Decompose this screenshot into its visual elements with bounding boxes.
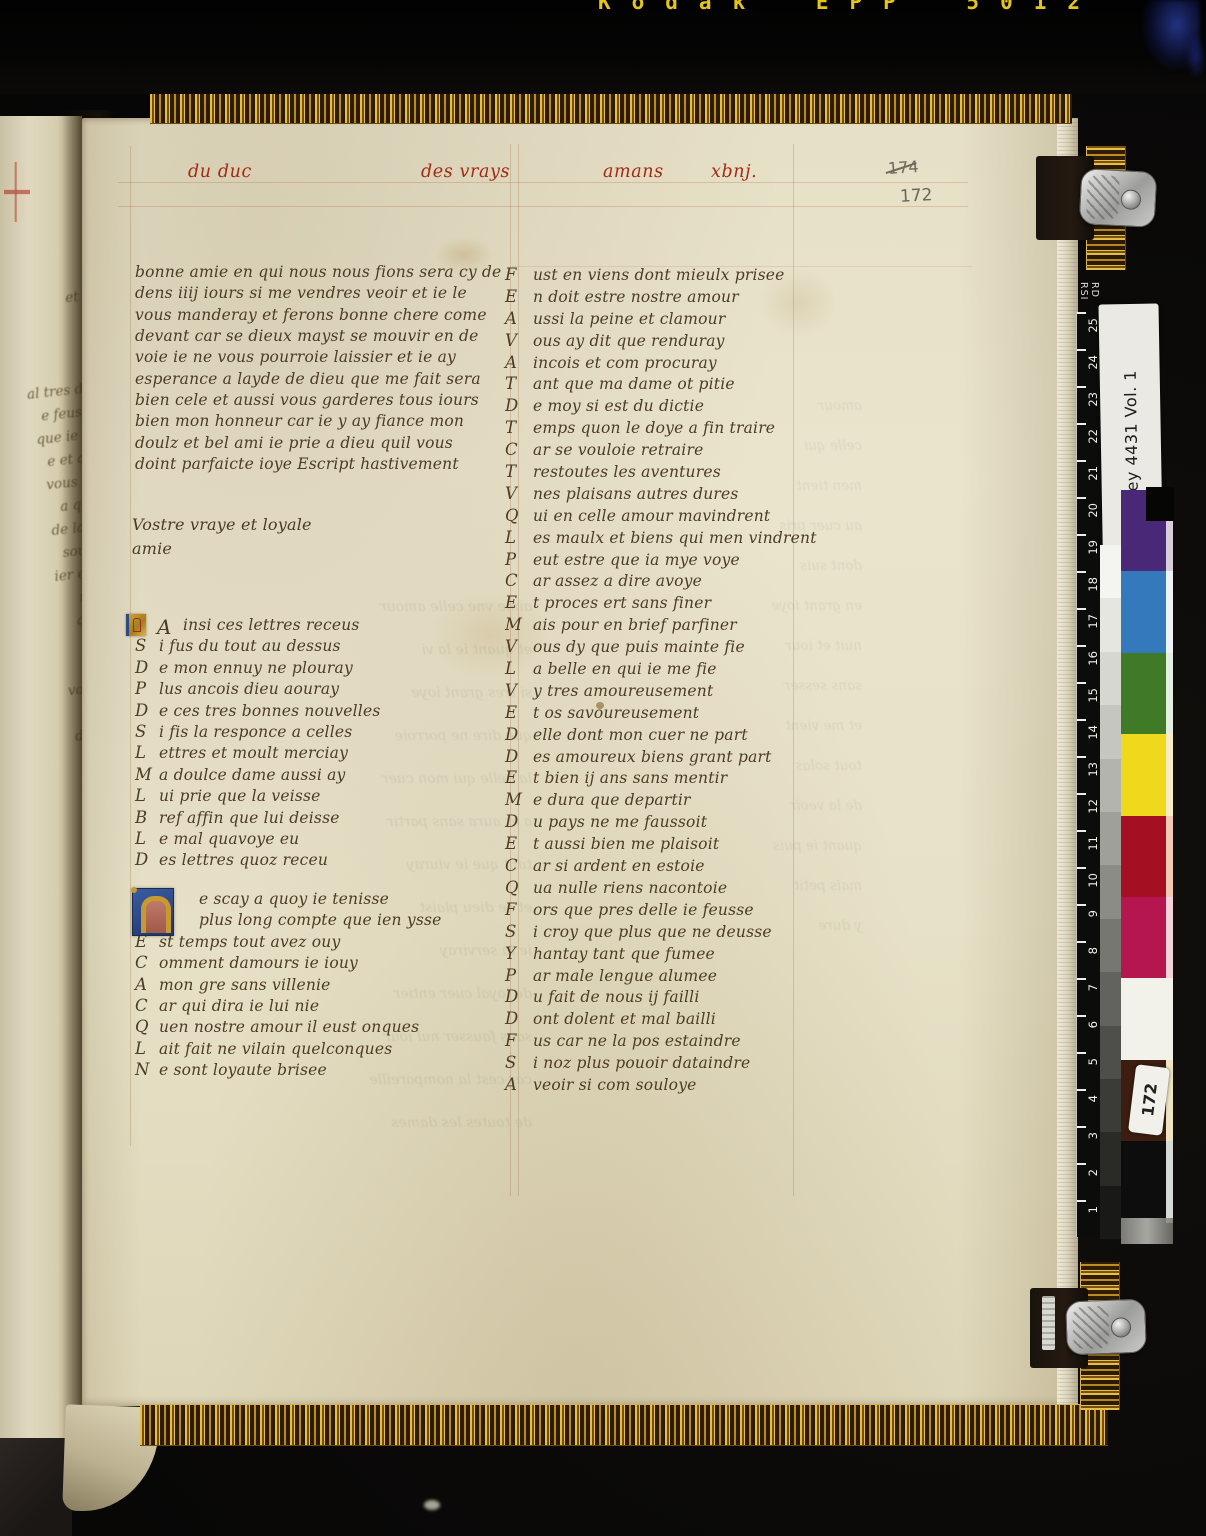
verse-initial: Q	[505, 506, 519, 525]
ruler-number: 11	[1086, 836, 1100, 851]
verse-initial: A	[505, 309, 517, 328]
ruler-number: 22	[1086, 429, 1100, 444]
running-title-amans: amans	[603, 162, 664, 182]
verse-initial: S	[135, 636, 147, 655]
verse-initial: C	[505, 440, 518, 459]
verse-text: ar si ardent en estoie	[533, 857, 705, 875]
verse-line: Me dura que departir	[505, 791, 855, 813]
verse-initial: F	[505, 900, 517, 919]
verse-text: omment damours ie iouy	[159, 954, 358, 972]
verse-text: ant que ma dame ot pitie	[533, 375, 735, 393]
verse-line: Tant que ma dame ot pitie	[505, 375, 855, 397]
patch-edge-tint	[1166, 978, 1173, 1059]
ruler-number: 19	[1086, 540, 1100, 555]
gray-step	[1100, 865, 1122, 918]
verse-initial: D	[505, 812, 518, 831]
verse-initial: D	[505, 725, 518, 744]
verse-initial: L	[135, 829, 146, 848]
verse-initial: D	[505, 1009, 518, 1028]
verse-initial: D	[135, 658, 148, 677]
patch-swatch	[1121, 897, 1166, 978]
verse-line: Ainsi ces lettres receus	[135, 616, 495, 637]
verse-initial: C	[135, 953, 148, 972]
verse-initial: S	[505, 1053, 517, 1072]
strap-shadow-notch	[1146, 487, 1174, 521]
manuscript-page: du duc des vrays amans xbnj. 174 172 aim…	[82, 118, 1077, 1406]
verse-text: i croy que plus que ne deusse	[533, 923, 772, 941]
color-patch	[1121, 653, 1173, 734]
verse-line: Vous dy que puis mainte fie	[505, 638, 855, 660]
verse-text: restoutes les aventures	[533, 463, 721, 481]
verse-line: Car assez a dire avoye	[505, 572, 855, 594]
verse-text: e dura que departir	[533, 791, 691, 809]
verse-line: Si croy que plus que ne deusse	[505, 923, 855, 945]
ruler-number: 4	[1086, 1095, 1100, 1102]
folio-sticker-text: 172	[1138, 1082, 1161, 1117]
ruler-number: 13	[1086, 762, 1100, 777]
verse-text: n doit estre nostre amour	[533, 288, 739, 306]
verse-line: Car qui dira ie lui nie	[135, 997, 495, 1018]
film-reflection-2	[1186, 34, 1206, 80]
gray-step	[1100, 705, 1122, 758]
ruler-number: 3	[1086, 1132, 1100, 1139]
verse-initial: T	[505, 418, 516, 437]
verse-line: Car si ardent en estoie	[505, 857, 855, 879]
verse-initial: C	[505, 856, 518, 875]
verse-text: a belle en qui ie me fie	[533, 660, 717, 678]
verse-line: Du fait de nous ij failli	[505, 988, 855, 1010]
verse-initial: D	[505, 396, 518, 415]
verse-initial: A	[505, 1075, 517, 1094]
color-patch	[1121, 816, 1173, 897]
verse-line: Qui en celle amour mavindrent	[505, 507, 855, 529]
verse-line: Fus car ne la pos estaindre	[505, 1032, 855, 1054]
color-patch	[1121, 734, 1173, 815]
patch-edge-tint	[1166, 897, 1173, 978]
verse-initial: V	[505, 637, 517, 656]
fore-edge-leaves	[1057, 118, 1078, 1408]
verse-line: Fust en viens dont mieulx prisee	[505, 266, 855, 288]
verse-text: i noz plus pouoir dataindre	[533, 1054, 750, 1072]
verse-initial: P	[505, 550, 516, 569]
verse-line: Si noz plus pouoir dataindre	[505, 1054, 855, 1076]
verse-text: i fus du tout au dessus	[159, 637, 341, 655]
verse-initial: F	[505, 1031, 517, 1050]
ruler-number: 14	[1086, 725, 1100, 740]
verse-text: insi ces lettres receus	[183, 616, 360, 634]
verse-text: ait fait ne vilain quelconques	[159, 1040, 392, 1058]
verse-line: Ne sont loyaute brisee	[135, 1061, 495, 1082]
verse-text: e mon ennuy ne plouray	[159, 659, 353, 677]
ruler-segment: 20	[1077, 497, 1103, 534]
prose-line: devant car se dieux mayst se mouvir en d…	[135, 327, 495, 348]
ruling-line-horizontal	[118, 206, 968, 207]
verse-line: Temps quon le doye a fin traire	[505, 419, 855, 441]
verse-text: u fait de nous ij failli	[533, 988, 700, 1006]
verse-text: incois et com procuray	[533, 354, 717, 372]
verse-text: t proces ert sans finer	[533, 594, 711, 612]
verse-line: Vous ay dit que renduray	[505, 332, 855, 354]
verse-line: Plus ancois dieu aouray	[135, 680, 495, 701]
verse-line: De ces tres bonnes nouvelles	[135, 702, 495, 723]
gray-step	[1100, 972, 1122, 1025]
ruler-segment: 22	[1077, 423, 1103, 460]
verse-initial: D	[135, 850, 148, 869]
verse-initial: L	[135, 743, 146, 762]
patch-swatch	[1121, 734, 1166, 815]
verse-block-1: Ainsi ces lettres receus Si fus du tout …	[135, 616, 495, 873]
verse-line: Et aussi bien me plaisoit	[505, 835, 855, 857]
verse-initial: S	[505, 922, 517, 941]
running-title-numeral: xbnj.	[711, 162, 757, 182]
verse-line: Peut estre que ia mye voye	[505, 551, 855, 573]
verse-text: emps quon le doye a fin traire	[533, 419, 775, 437]
verse-text: y tres amoureusement	[533, 682, 713, 700]
gray-step	[1100, 1026, 1122, 1079]
ruler-number: 17	[1086, 614, 1100, 629]
verse-line: Bref affin que lui deisse	[135, 809, 495, 830]
verse-line: plus long compte que ien ysse	[135, 911, 495, 932]
verse-initial: M	[135, 765, 152, 784]
verse-text: u pays ne me faussoit	[533, 813, 707, 831]
verse-initial: E	[505, 768, 517, 787]
metal-clasp-bottom	[1065, 1299, 1147, 1356]
verse-line: Vy tres amoureusement	[505, 682, 855, 704]
verse-initial: Q	[505, 878, 519, 897]
prose-line: voie ie ne vous pourroie laissier et ie …	[135, 348, 495, 369]
verse-initial: M	[505, 790, 522, 809]
gilt-edge-bottom	[140, 1404, 1108, 1446]
verse-line: Quen nostre amour il eust onques	[135, 1018, 495, 1039]
patch-swatch	[1121, 571, 1166, 652]
patch-swatch	[1121, 816, 1166, 897]
color-patch	[1121, 978, 1173, 1059]
verse-text: ous dy que puis mainte fie	[533, 638, 745, 656]
verse-line: Yhantay tant que fumee	[505, 945, 855, 967]
color-patch	[1121, 897, 1173, 978]
verse-text: es maulx et biens qui men vindrent	[533, 529, 817, 547]
ruler-number: 20	[1086, 503, 1100, 518]
running-title-du-duc: du duc	[188, 162, 252, 182]
verse-initial: E	[505, 834, 517, 853]
ruler-number: 6	[1086, 1021, 1100, 1028]
prose-line: bonne amie en qui nous nous fions sera c…	[135, 263, 495, 284]
verse-text: e sont loyaute brisee	[159, 1061, 327, 1079]
color-patch	[1121, 571, 1173, 652]
verse-initial: Q	[135, 1017, 149, 1036]
film-stock-label: Kodak EPP 5012	[598, 0, 1101, 14]
verse-text: ettres et moult merciay	[159, 744, 348, 762]
folio-number: 172	[899, 185, 932, 207]
prose-line: doint parfaicte ioye Escript hastivement	[135, 455, 495, 476]
verse-initial: M	[505, 615, 522, 634]
gray-step	[1100, 919, 1122, 972]
verse-text: ors que pres delle ie feusse	[533, 901, 754, 919]
verse-line: Trestoutes les aventures	[505, 463, 855, 485]
illuminated-initial-N	[132, 888, 174, 936]
verse-initial: F	[505, 265, 517, 284]
verse-line: Aussi la peine et clamour	[505, 310, 855, 332]
verse-line: Amon gre sans villenie	[135, 976, 495, 997]
verse-text: e moy si est du dictie	[533, 397, 704, 415]
ruling-line-horizontal	[118, 182, 968, 183]
ruler-number: 15	[1086, 688, 1100, 703]
verse-line: Si fis la responce a celles	[135, 723, 495, 744]
verse-line: Si fus du tout au dessus	[135, 637, 495, 658]
verse-initial: A	[157, 615, 172, 639]
edge-glint	[424, 1500, 440, 1510]
prose-line: dens iiij iours si me vendres veoir et i…	[135, 284, 495, 305]
verse-block-2: e scay a quoy ie tenisse plus long compt…	[135, 890, 495, 1083]
gray-step	[1100, 812, 1122, 865]
patch-edge-tint	[1166, 653, 1173, 734]
verse-initial: C	[505, 571, 518, 590]
verse-text: ust en viens dont mieulx prisee	[533, 266, 785, 284]
gray-step	[1100, 652, 1122, 705]
verse-initial: A	[135, 975, 147, 994]
ruler-number: 16	[1086, 651, 1100, 666]
patch-edge-tint	[1166, 734, 1173, 815]
verse-line: Dont dolent et mal bailli	[505, 1010, 855, 1032]
verse-text: es lettres quoz receu	[159, 851, 328, 869]
verse-initial: L	[505, 659, 516, 678]
verse-text: ar se vouloie retraire	[533, 441, 703, 459]
verse-initial: T	[505, 374, 516, 393]
verse-text: e ces tres bonnes nouvelles	[159, 702, 380, 720]
gray-step	[1100, 1132, 1122, 1185]
verse-text: uen nostre amour il eust onques	[159, 1018, 419, 1036]
ruler-number: 9	[1086, 910, 1100, 917]
ruling-line-vertical	[130, 146, 131, 1146]
prose-line: doulz et bel ami ie prie a dieu quil vou…	[135, 434, 495, 455]
verse-initial: E	[505, 593, 517, 612]
verse-line: Lettres et moult merciay	[135, 744, 495, 765]
signature-line-1: Vostre vraye et loyale	[132, 513, 312, 537]
letter-signature: Vostre vraye et loyale amie	[132, 513, 312, 561]
verse-initial: L	[505, 528, 516, 547]
verse-text: a doulce dame aussi ay	[159, 766, 346, 784]
verse-line: Car se vouloie retraire	[505, 441, 855, 463]
verse-text: ussi la peine et clamour	[533, 310, 725, 328]
verse-text: t aussi bien me plaisoit	[533, 835, 719, 853]
verse-initial: E	[505, 287, 517, 306]
manuscript-photo-frame: Kodak EPP 5012 et meilleur de touset loy…	[0, 0, 1206, 1536]
verse-text: hantay tant que fumee	[533, 945, 715, 963]
verse-text: ui en celle amour mavindrent	[533, 507, 770, 525]
verse-initial: V	[505, 681, 517, 700]
ruler-number: 24	[1086, 355, 1100, 370]
verse-line: Les maulx et biens qui men vindrent	[505, 529, 855, 551]
verse-line: Et proces ert sans finer	[505, 594, 855, 616]
verse-initial: P	[505, 966, 516, 985]
verse-line: Lait fait ne vilain quelconques	[135, 1040, 495, 1061]
verse-text: e mal quavoye eu	[159, 830, 299, 848]
verse-initial: P	[135, 679, 146, 698]
gray-step	[1100, 598, 1122, 651]
patch-swatch	[1121, 653, 1166, 734]
verse-line: Fors que pres delle ie feusse	[505, 901, 855, 923]
verse-initial: E	[505, 703, 517, 722]
verse-line: Mais pour en brief parfiner	[505, 616, 855, 638]
calibration-bar-tape	[1121, 1218, 1173, 1244]
verse-initial: A	[505, 353, 517, 372]
verse-text: plus long compte que ien ysse	[199, 911, 442, 929]
showthrough-line: de toutes les dames	[292, 1102, 532, 1145]
verse-text: us car ne la pos estaindre	[533, 1032, 741, 1050]
ruler-number: 1	[1086, 1206, 1100, 1213]
verse-line: Par male lengue alumee	[505, 967, 855, 989]
text-column-right: Fust en viens dont mieulx prisee En doit…	[505, 266, 855, 1098]
verse-initial: T	[505, 462, 516, 481]
verse-text: ui prie que la veisse	[159, 787, 321, 805]
verse-text: ar qui dira ie lui nie	[159, 997, 319, 1015]
verse-initial: C	[135, 996, 148, 1015]
verse-initial: D	[505, 747, 518, 766]
verse-text: lus ancois dieu aouray	[159, 680, 339, 698]
verse-text: ous ay dit que renduray	[533, 332, 725, 350]
verse-line: Qua nulle riens nacontoie	[505, 879, 855, 901]
support-cloth	[0, 1438, 72, 1536]
verse-line: Aveoir si com souloye	[505, 1076, 855, 1098]
prose-line: esperance a layde de dieu que me fait se…	[135, 370, 495, 391]
film-strip: Kodak EPP 5012	[0, 0, 1206, 94]
verse-initial: D	[505, 987, 518, 1006]
verse-text: ar male lengue alumee	[533, 967, 717, 985]
patch-swatch	[1121, 978, 1166, 1059]
verse-initial: L	[135, 1039, 146, 1058]
verse-line: De mon ennuy ne plouray	[135, 659, 495, 680]
verse-text: es amoureux biens grant part	[533, 748, 772, 766]
ruler-top-label: RD RSI	[1078, 282, 1100, 316]
verse-text: eut estre que ia mye voye	[533, 551, 740, 569]
verse-text: nes plaisans autres dures	[533, 485, 739, 503]
calibration-ruler: 1 2 3 4 5 6 7 8 9 10 11 12 13 14 15	[1076, 312, 1103, 1237]
ruler-number: 8	[1086, 947, 1100, 954]
patch-swatch	[1121, 1141, 1166, 1222]
patch-edge-tint	[1166, 1141, 1173, 1222]
verse-initial: V	[505, 331, 517, 350]
strap-sticker	[1042, 1296, 1055, 1350]
gray-step	[1100, 1079, 1122, 1132]
verse-line: De moy si est du dictie	[505, 397, 855, 419]
gray-step	[1100, 759, 1122, 812]
verse-text: i fis la responce a celles	[159, 723, 352, 741]
verse-initial: Y	[505, 944, 516, 963]
verse-initial: V	[505, 484, 517, 503]
metal-clasp-top	[1079, 168, 1158, 228]
verse-text: ont dolent et mal bailli	[533, 1010, 716, 1028]
verse-text: elle dont mon cuer ne part	[533, 726, 748, 744]
ruler-number: 23	[1086, 392, 1100, 407]
verse-line: Delle dont mon cuer ne part	[505, 726, 855, 748]
verse-line: Et bien ij ans sans mentir	[505, 769, 855, 791]
verse-line: Du pays ne me faussoit	[505, 813, 855, 835]
verse-line: Des lettres quoz receu	[135, 851, 495, 872]
verse-text: ua nulle riens nacontoie	[533, 879, 727, 897]
verse-line: Des amoureux biens grant part	[505, 748, 855, 770]
verse-initial: D	[135, 701, 148, 720]
ruler-segment: 21	[1077, 460, 1103, 497]
ruler-number: 10	[1086, 873, 1100, 888]
verse-line: Vnes plaisans autres dures	[505, 485, 855, 507]
verse-text: ais pour en brief parfiner	[533, 616, 737, 634]
ruler-number: 2	[1086, 1169, 1100, 1176]
gray-step	[1100, 545, 1122, 598]
champ-initial	[126, 614, 146, 636]
verse-text: st temps tout avez ouy	[159, 933, 340, 951]
verse-line: Comment damours ie iouy	[135, 954, 495, 975]
patch-edge-tint	[1166, 816, 1173, 897]
verse-text: t bien ij ans sans mentir	[533, 769, 727, 787]
verse-text: e scay a quoy ie tenisse	[199, 890, 389, 908]
verse-line: Ma doulce dame aussi ay	[135, 766, 495, 787]
prose-line: bien cele et aussi vous garderes tous io…	[135, 391, 495, 412]
verse-text: t os savoureusement	[533, 704, 699, 722]
facing-page-rubric-mark	[4, 162, 30, 222]
ruler-number: 18	[1086, 577, 1100, 592]
grayscale-strip	[1100, 545, 1122, 1240]
verse-text: ref affin que lui deisse	[159, 809, 340, 827]
ruler-number: 12	[1086, 799, 1100, 814]
verse-initial: N	[135, 1060, 150, 1079]
ruler-number: 21	[1086, 466, 1100, 481]
verse-line: La belle en qui ie me fie	[505, 660, 855, 682]
verse-text: veoir si com souloye	[533, 1076, 697, 1094]
signature-line-2: amie	[132, 537, 312, 561]
verse-initial: L	[135, 786, 146, 805]
prose-line: bien mon honneur car ie y ay fiance mon	[135, 412, 495, 433]
patch-edge-tint	[1166, 571, 1173, 652]
verse-initial: B	[135, 808, 147, 827]
prose-line: vous manderay et ferons bonne chere come	[135, 306, 495, 327]
running-title-des-vrays: des vrays	[421, 162, 510, 182]
verse-line: Est temps tout avez ouy	[135, 933, 495, 954]
ruler-number: 7	[1086, 984, 1100, 991]
verse-text: ar assez a dire avoye	[533, 572, 702, 590]
prose-paragraph: bonne amie en qui nous nous fions sera c…	[135, 263, 495, 476]
verse-line: Le mal quavoye eu	[135, 830, 495, 851]
gilt-edge-top	[150, 92, 1072, 124]
gray-step	[1100, 1186, 1122, 1239]
color-patch	[1121, 1141, 1173, 1222]
folio-number-cancelled: 174	[887, 157, 919, 178]
verse-line: Lui prie que la veisse	[135, 787, 495, 808]
verse-line: e scay a quoy ie tenisse	[135, 890, 495, 911]
verse-text: mon gre sans villenie	[159, 976, 331, 994]
verse-line: En doit estre nostre amour	[505, 288, 855, 310]
ruler-number: 5	[1086, 1058, 1100, 1065]
verse-line: Aincois et com procuray	[505, 354, 855, 376]
verse-initial: S	[135, 722, 147, 741]
verse-line: Et os savoureusement	[505, 704, 855, 726]
